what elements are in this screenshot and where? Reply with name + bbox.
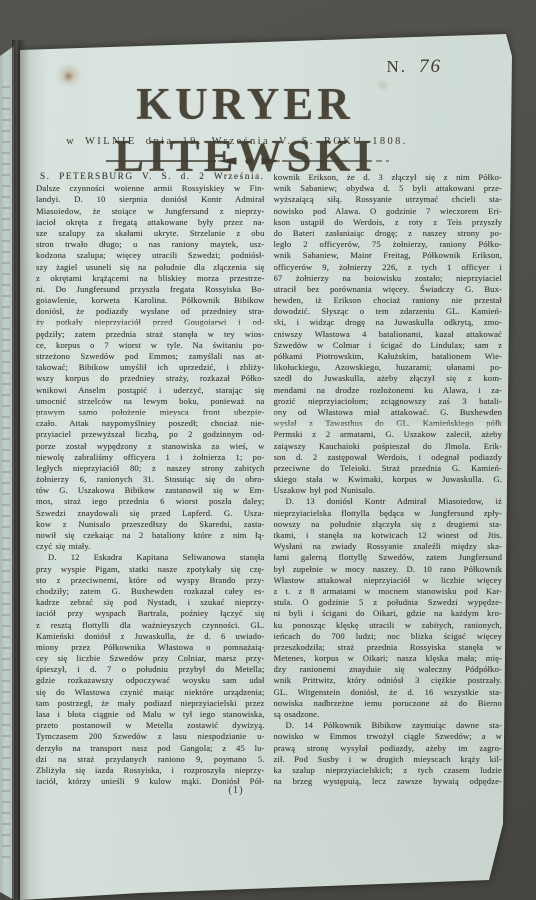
text-line: z okrętami krążącemi na bliskiey morza p…: [36, 273, 265, 284]
text-line: z resztą flottylli dla ważnieyszych czyn…: [36, 620, 265, 631]
text-line: Wysłani na zwiady Rossyanie znaleźli mię…: [274, 541, 503, 552]
text-line: sze szalupy za skałami ukryte. Strzelani…: [36, 228, 265, 239]
issue-number-value: 76: [419, 56, 442, 77]
text-line: ży potkały nieprzyiaciół przed Gougoiarw…: [36, 317, 265, 328]
text-line: Kamieński doniósł z Juwaskulla, że d. 6 …: [36, 631, 265, 642]
text-line: kow z Nunisalo przeszedłszy do Skaredsi,…: [36, 519, 265, 530]
text-line: Uszakow był pod Nunisalo.: [274, 485, 503, 496]
text-line: wnikowi Anselm postąpić i uderzyć, stara…: [36, 385, 265, 396]
text-line: grozić nieprzyiaciołom; zciągnowszy zaś …: [274, 396, 503, 407]
text-line: gdzie rozkazawszy odpoczywać woysku sam …: [36, 675, 265, 686]
text-line: Włastow attakował nieprzyiaciół w liczbi…: [274, 575, 503, 586]
text-line: ległych nieprzyiaciół 80; z naszey stron…: [36, 463, 265, 474]
text-line: ieńcach do 700 ludzi; noc blizka ścigać …: [274, 631, 503, 642]
text-line: nowił się czekaiąc na 2 bataliony które …: [36, 530, 265, 541]
text-line: czyć się miały.: [36, 541, 265, 552]
text-line: strzeżono Szwedów pod Emmos; zamyślali n…: [36, 351, 265, 362]
text-line: skiego stała w Kwimaki, korpus w Juwasku…: [274, 474, 503, 485]
text-line: prawym samo położenie mieysca front ubez…: [36, 407, 265, 418]
text-line: wysłał z Tawasthus do GL. Kamieńskiego p…: [274, 418, 503, 429]
text-line: pędziły; zatem przednia straż stanęła w …: [36, 329, 265, 340]
text-line: na brzeg występuią, lecz zawsze bywaią o…: [274, 776, 503, 787]
text-line: D. 14 Półkownik Bibikow zaymuiąc dawne s…: [274, 720, 503, 731]
page-number: (1): [206, 785, 266, 796]
text-line: mendami na drodze rozłożonemi ku Alawa, …: [274, 385, 503, 396]
adjacent-page-text-fragments: [2, 86, 10, 866]
text-line: ku ponosząc klęskę utracili w zabitych, …: [274, 620, 503, 631]
text-line: D. 13 doniósł Kontr Admirał Miasoiedow, …: [274, 496, 503, 507]
text-line: lasa i błota ciągnie od Malu w tył iego …: [36, 709, 265, 720]
text-line: nieprzyiacielska flottylla będąca w Jung…: [274, 508, 503, 519]
text-line: doniósł, że podiazdy wysłane od przednie…: [36, 306, 265, 317]
newspaper-page: N.76 KURYER LITEWSKI w WILNIE dnia 19. W…: [20, 34, 512, 900]
text-line: iacioł okręta z fregatą attakowane były …: [36, 217, 265, 228]
text-line: do Bateri zasłaniaiąc drogę; z naszey st…: [274, 228, 503, 239]
text-line: przeciwne do Teleioki. Straż przednia G.…: [274, 463, 503, 474]
text-line: dzi na straż przydanych raniono 9, poyma…: [36, 754, 265, 765]
issue-number: N.76: [386, 56, 442, 78]
text-line: goiawlenie, korweta Karolina. Półkownik …: [36, 295, 265, 306]
text-line: ski, i widząc drogę na Juwaskulla odkryt…: [274, 317, 503, 328]
text-line: porze został wypędzony z stanowiska za w…: [36, 441, 265, 452]
column-right: kownik Erikson, że d. 3 złączył się z ni…: [274, 172, 503, 792]
text-line: sto z przeciwnemi, które od wyspy Brando…: [36, 575, 265, 586]
text-line: stron trwało długo; u nas raniony maytek…: [36, 239, 265, 250]
text-line: tów G. Uszakowa Bibikow zastanowił się w…: [36, 485, 265, 496]
text-line: przyiaciel przewyższał liczbą, po 2 godz…: [36, 429, 265, 440]
text-line: takować; Bibikow umyślił ich uprzedzić, …: [36, 362, 265, 373]
text-line: kodzona szalupa; więcey utracili Szwedzi…: [36, 250, 265, 261]
newspaper-page-wrapper: N.76 KURYER LITEWSKI w WILNIE dnia 19. W…: [20, 34, 512, 900]
text-line: tkami, i stanęła na kotwicach 12 wiorst …: [274, 530, 503, 541]
text-line: ni byli i ścigani do Oikari, gdzie na ka…: [274, 608, 503, 619]
text-line: S. PETERSBURG V. S. d. 2 Września.: [36, 172, 265, 183]
text-line: szy żagiel usuneli się na południe dla z…: [36, 262, 265, 273]
text-line: ony od Włastowa miał attakować. G. Buxhe…: [274, 407, 503, 418]
text-line: tam postrzegł, że mały podiazd nieprzyia…: [36, 698, 265, 709]
text-line: wnik Prittwitz, który odniósł 3 ciężkie …: [274, 675, 503, 686]
text-line: kadrze zebrać się pod Nystadt, i szukać …: [36, 597, 265, 608]
text-line: niewolę zabraliśmy officyera 1 i żołnier…: [36, 452, 265, 463]
text-line: żołnierzy 6, ranionych 31. Stosuiąc się …: [36, 474, 265, 485]
text-line: ni. Do Jungfersund przyszła fregata Ross…: [36, 284, 265, 295]
text-line: landyi. D. 10 sierpnia doniósł Kontr Adm…: [36, 194, 265, 205]
issue-number-label: N.: [386, 57, 407, 76]
text-line: przy wyspie Pigam, statki nasze zpotykał…: [36, 564, 265, 575]
text-line: nowisko w Emmos trwożył ciągle Szwedów; …: [274, 731, 503, 742]
text-line: Miasoiedow, że stoiące w Jungfersund z n…: [36, 206, 265, 217]
text-line: wnik Sabaniew, Maior Freitag, Półkownik …: [274, 250, 503, 261]
text-line: nowiska nadbrzeżne iemu poruczone aż do …: [274, 698, 503, 709]
text-line: przeto postanowił w Metella zostawić dyw…: [36, 720, 265, 731]
text-line: prawą stronę wysyłał podiazdy, ażeby im …: [274, 743, 503, 754]
text-line: derzyło na transport nasz pod Gangola; z…: [36, 743, 265, 754]
text-line: szedł do Juwaskulla, ażeby złączył się z…: [274, 373, 503, 384]
text-line: nowisko pod Alawa. O godzinie 7 wieczore…: [274, 206, 503, 217]
column-left: S. PETERSBURG V. S. d. 2 Września.Dalsze…: [36, 172, 265, 792]
text-line: nowszy na południe złączyła się z drugie…: [274, 519, 503, 530]
text-line: z t. z 8 armatami w mocnem stanowisku po…: [274, 586, 503, 597]
text-line: śpieszył, i d. 7 o południu przybył do M…: [36, 664, 265, 675]
dateline: w WILNIE dnia 19. Września V. S. ROKU 18…: [20, 136, 512, 147]
text-line: legło 2 officyerów, 75 żołnierzy, ranion…: [274, 239, 503, 250]
text-line: wszy korpus do przedniey straży, rozkaza…: [36, 373, 265, 384]
text-line: zaiąwszy Kauchaioki pośpieszał do Jlmola…: [274, 441, 503, 452]
text-line: Szwedzi znaydowali się przed Lapferd. G.…: [36, 508, 265, 519]
text-line: się do Włastowa czynić maiąc niektóre ur…: [36, 687, 265, 698]
text-line: kownik Erikson, że d. 3 złączył się z ni…: [274, 172, 503, 183]
text-line: łami galerną flottyllę Szwedów, zatem Ju…: [274, 552, 503, 563]
article-columns: S. PETERSBURG V. S. d. 2 Września.Dalsze…: [36, 172, 502, 792]
text-line: 67 żołnierzy na boiowisku zostało; niepr…: [274, 273, 503, 284]
text-line: hewden, iż Erikson chociaż raniony nie p…: [274, 295, 503, 306]
text-line: stula. O godzinie 5 z południa Szwedzi w…: [274, 597, 503, 608]
text-line: Metenes, korpus w Oikari; nasza klęska m…: [274, 653, 503, 664]
text-line: cniwszy Włastowa 4 batalionami, kazał at…: [274, 329, 503, 340]
text-line: likołuckiego, Azowskiego, huzarami; ułan…: [274, 362, 503, 373]
text-line: son d. 2 zastępował Werdois, i odegnał p…: [274, 452, 503, 463]
text-line: cey się liczbie Szwedów przy Colniar, ma…: [36, 653, 265, 664]
text-line: iaciół przy wyspach Bartrala, poźniey łą…: [36, 608, 265, 619]
text-line: wnik Sabaniew; obydwa d. 5 byli attakowa…: [274, 183, 503, 194]
text-line: był zupełnie w mocy naszey. D. 10 rano P…: [274, 564, 503, 575]
text-line: kson ustąpił do Werdois, z roty z Teis p…: [274, 217, 503, 228]
text-line: wyższaiącą siłą. Rossyanie utrzymać chci…: [274, 194, 503, 205]
text-line: chodziły; zatem G. Buxhewden rozkazał ca…: [36, 586, 265, 597]
text-line: Permski z 2 armatami, G. Uszakow zalecił…: [274, 429, 503, 440]
text-line: utracił bez porównania więcey. Świadczy …: [274, 284, 503, 295]
text-line: Dalsze czynności woienne armii Rossyiski…: [36, 183, 265, 194]
divider-ornament: [104, 154, 394, 168]
text-line: officyerów 9, żołnierzy 226, z tych 1 of…: [274, 262, 503, 273]
scan-background: N.76 KURYER LITEWSKI w WILNIE dnia 19. W…: [0, 0, 536, 900]
text-line: są osadzone.: [274, 709, 503, 720]
text-line: GL. Witgenstein doniósł, że d. 16 wszyst…: [274, 687, 503, 698]
text-line: ka szalup nieprzyiacielskich; z tych cza…: [274, 765, 503, 776]
text-line: dzy ranionemi znayduie się waleczny Pódp…: [274, 664, 503, 675]
text-line: Szwedów w Colmar i ścigać do Lindulax; s…: [274, 340, 503, 351]
text-line: Zbliżyła się iazda Rossyiska, i rozprosz…: [36, 765, 265, 776]
text-line: mos, straż iego przednia 6 wiorst poszła…: [36, 496, 265, 507]
text-line: dowodzić. Słysząc o tem zdarzeniu GL. Ka…: [274, 306, 503, 317]
text-line: miony przez Półkownika Włastowa o pomnaż…: [36, 642, 265, 653]
text-line: umocnić strzelców na lewym boku, poniewa…: [36, 396, 265, 407]
text-line: ce, korpus o 7 wiorst w tyle. Na świtani…: [36, 340, 265, 351]
text-line: przeszkodziła; straż przednia Rossyiska …: [274, 642, 503, 653]
text-line: półkami Piotrowskim, Kałużskim, batalion…: [274, 351, 503, 362]
text-line: Tymczasem 200 Szwedów z lasu niespodzian…: [36, 731, 265, 742]
text-line: ził. Pod Susby i w drugich mieyscach krą…: [274, 754, 503, 765]
text-line: czało. Attak naypomyślniey poszedł; choc…: [36, 418, 265, 429]
text-line: D. 12 Eskadra Kapitana Seliwanowa stanęł…: [36, 552, 265, 563]
